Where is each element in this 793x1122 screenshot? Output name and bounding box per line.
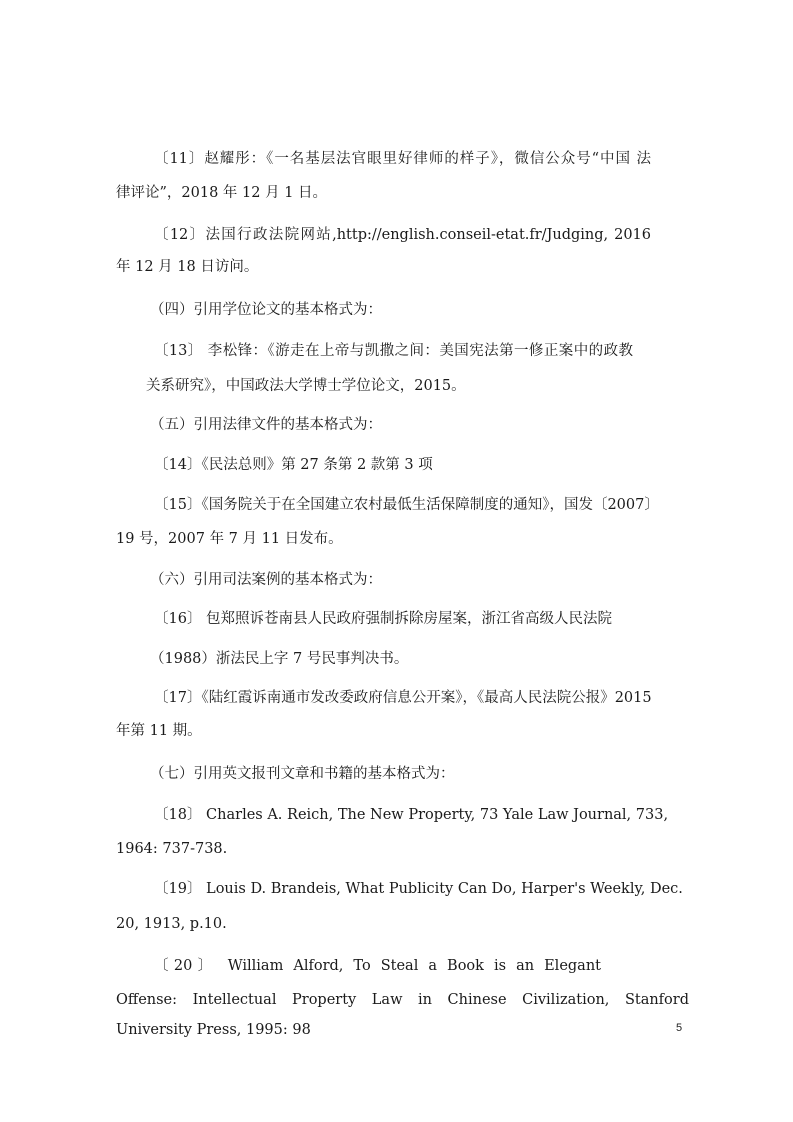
text-line: 〔12〕法国行政法院网站,http://english.conseil-etat… (154, 226, 651, 244)
text-line: 〔11〕赵耀彤：《一名基层法官眼里好律师的样子》，微信公众号“中国 法 (154, 150, 651, 168)
text-line: 〔20〕 William Alford, To Steal a Book is … (154, 957, 601, 975)
text-line: 年 12 月 18 日访问。 (116, 258, 258, 276)
text-line: 〔13〕 李松锋：《游走在上帝与凯撒之间：美国宪法第一修正案中的政教 (154, 342, 633, 360)
text-line: 〔15〕《国务院关于在全国建立农村最低生活保障制度的通知》，国发〔2007〕 (154, 496, 651, 514)
text-line: 〔16〕 包郑照诉苍南县人民政府强制拆除房屋案，浙江省高级人民法院 (154, 610, 596, 628)
text-line: （五）引用法律文件的基本格式为： (150, 416, 382, 434)
text-line: 〔14〕《民法总则》第 27 条第 2 款第 3 项 (154, 456, 433, 474)
text-line: 〔19〕 Louis D. Brandeis, What Publicity C… (154, 880, 651, 898)
text-line: （六）引用司法案例的基本格式为： (150, 571, 382, 589)
text-line: （七）引用英文报刊文章和书籍的基本格式为： (150, 765, 455, 783)
text-line: 1964: 737-738. (116, 840, 227, 858)
text-line: （四）引用学位论文的基本格式为： (150, 301, 382, 319)
text-line: （1988）浙法民上字 7 号民事判决书。 (150, 650, 408, 668)
text-line: Offense: Intellectual Property Law in Ch… (116, 991, 689, 1009)
page-number: 5 (676, 1022, 682, 1034)
text-line: 19 号，2007 年 7 月 11 日发布。 (116, 530, 343, 548)
text-line: University Press, 1995: 98 (116, 1021, 311, 1039)
text-line: 20, 1913, p.10. (116, 915, 227, 933)
text-line: 关系研究》，中国政法大学博士学位论文，2015。 (146, 377, 466, 395)
text-line: 年第 11 期。 (116, 722, 202, 740)
text-line: 〔17〕《陆红霞诉南通市发改委政府信息公开案》，《最高人民法院公报》2015 (154, 689, 651, 707)
text-line: 〔18〕 Charles A. Reich, The New Property,… (154, 806, 651, 824)
text-line: 律评论”，2018 年 12 月 1 日。 (116, 184, 327, 202)
